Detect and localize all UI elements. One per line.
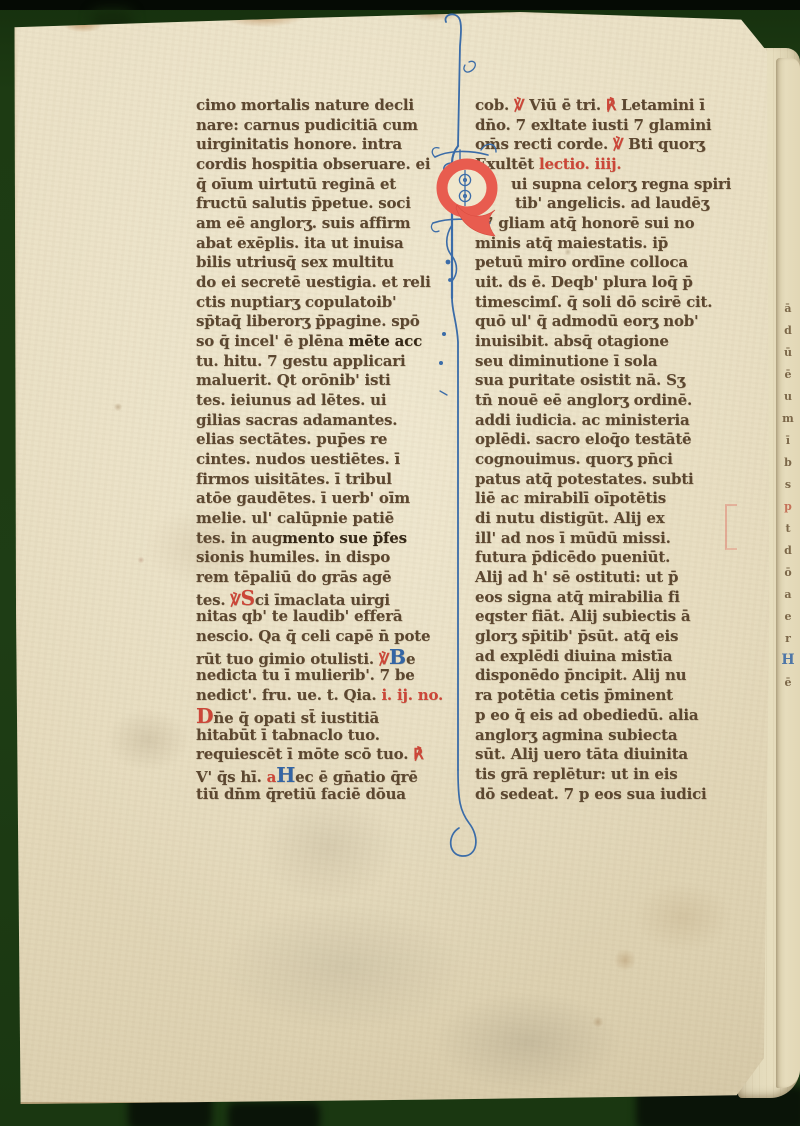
- manuscript-line: tiū dn̄m q̄retiū faciē dōua: [196, 785, 464, 805]
- manuscript-line: eos signa atq̄ mirabilia fi: [475, 588, 761, 608]
- rubric-text: S: [240, 586, 254, 610]
- manuscript-line: petuū miro ordīne colloca: [475, 253, 761, 273]
- manuscript-line: melie. ul' calūpnie patiē: [196, 509, 464, 529]
- rubric-text: ℣: [379, 650, 389, 668]
- fragment-glyph: ī: [786, 434, 790, 447]
- fragment-glyph: ā: [784, 302, 791, 315]
- body-text: tib' angelicis. ad laudēʒ: [515, 194, 709, 212]
- manuscript-line: patus atq̄ potestates. subti: [475, 470, 761, 490]
- text-column-right: cob. ℣ Viū ē tri. ℟ Letamini īdn̄o. 7 ex…: [475, 96, 761, 804]
- next-page-letter-fragment: d: [776, 540, 800, 562]
- body-text: inuisibit. absq̄ otagione: [475, 332, 669, 350]
- manuscript-line: firmos uisitātes. ī tribul: [196, 470, 464, 490]
- sliver-blank: [776, 58, 800, 298]
- body-text: mēte acc: [349, 332, 423, 350]
- manuscript-line: liē ac mirabilī oīpotētis: [475, 489, 761, 509]
- body-text: fructū salutis p̄petue. soci: [196, 194, 411, 212]
- manuscript-line: q̄ oīum uirtutū reginā et: [196, 175, 464, 195]
- body-text: cintes. nudos uestiētes. ī: [196, 450, 400, 468]
- next-page-letter-fragment: p: [776, 496, 800, 518]
- fragment-glyph: t: [785, 522, 790, 535]
- body-text: minis atq̄ maiestatis. ip̄: [475, 234, 668, 252]
- manuscript-line: bilis utriusq̄ sex multitu: [196, 253, 464, 273]
- text-column-left: cimo mortalis nature declinare: carnus p…: [196, 96, 464, 804]
- manuscript-line: futura p̄dicēdo pueniūt.: [475, 548, 761, 568]
- manuscript-line: ctis nuptiarʒ copulatoib': [196, 293, 464, 313]
- body-text: dn̄o. 7 exltate iusti 7 glamini: [475, 116, 711, 134]
- body-text: q̄ oīum uirtutū reginā et: [196, 175, 396, 193]
- body-text: seu diminutione ī sola: [475, 352, 657, 370]
- faded-marginal-mark: [725, 504, 737, 550]
- body-text: melie. ul' calūpnie patiē: [196, 509, 394, 527]
- manuscript-line: cimo mortalis nature decli: [196, 96, 464, 116]
- body-text: tis grā replētur: ut in eis: [475, 765, 677, 783]
- next-page-letter-fragment: ō: [776, 562, 800, 584]
- manuscript-line: tes. ieiunus ad lētes. ui: [196, 391, 464, 411]
- manuscript-line: gilias sacras adamantes.: [196, 411, 464, 431]
- body-text: sp̄taq̄ liberorʒ p̄pagine. spō: [196, 312, 420, 330]
- rubric-text: D: [196, 704, 213, 728]
- body-text: rem tēpaliū do grās agē: [196, 568, 391, 586]
- manuscript-line: Alij ad h' sē ostituti: ut p̄: [475, 568, 761, 588]
- manuscript-line: sionis humiles. in dispo: [196, 548, 464, 568]
- body-text: timescimſ. q̄ soli dō scirē cit.: [475, 293, 712, 311]
- body-text: hitabūt ī tabnaclo tuo.: [196, 726, 380, 744]
- manuscript-line: minis atq̄ maiestatis. ip̄: [475, 234, 761, 254]
- body-text: firmos uisitātes. ī tribul: [196, 470, 392, 488]
- next-page-letter-fragment: ē: [776, 672, 800, 694]
- fragment-glyph: m: [782, 412, 794, 425]
- body-text: Bti quorʒ: [623, 135, 705, 153]
- manuscript-line: do ei secretē uestigia. et reli: [196, 273, 464, 293]
- manuscript-photo: { "page": { "kind": "illuminated manuscr…: [0, 0, 800, 1126]
- manuscript-line: sua puritate osistit nā. Sʒ: [475, 371, 761, 391]
- next-page-letter-fragment: u: [776, 386, 800, 408]
- manuscript-line: nitas qb' te laudib' efferā: [196, 607, 464, 627]
- manuscript-line: maluerit. Qt orōnib' isti: [196, 371, 464, 391]
- next-page-letter-fragment: H: [776, 650, 800, 672]
- body-text: nitas qb' te laudib' efferā: [196, 607, 402, 625]
- manuscript-line: nedicta tu ī mulierib'. 7 be: [196, 666, 464, 686]
- body-text: maluerit. Qt orōnib' isti: [196, 371, 391, 389]
- body-text: sua puritate osistit nā. Sʒ: [475, 371, 685, 389]
- manuscript-line: dō sedeat. 7 p eos sua iudici: [475, 785, 761, 805]
- body-text: n̄e q̄ opati st̄ iustitiā: [213, 709, 379, 727]
- fragment-glyph: d: [784, 544, 792, 557]
- body-text: patus atq̄ potestates. subti: [475, 470, 694, 488]
- fragment-glyph: s: [785, 478, 791, 491]
- body-text: tiū dn̄m q̄retiū faciē dōua: [196, 785, 406, 803]
- manuscript-line: uit. ds ē. Deqb' plura loq̄ p̄: [475, 273, 761, 293]
- body-text: am eē anglorʒ. suis affirm: [196, 214, 410, 232]
- body-text: eqster fiāt. Alij subiectis ā: [475, 607, 690, 625]
- binding-shadow: [228, 1102, 320, 1126]
- fragment-glyph: b: [784, 456, 792, 469]
- manuscript-line: anglorʒ agmina subiecta: [475, 726, 761, 746]
- manuscript-line: seu diminutione ī sola: [475, 352, 761, 372]
- next-page-letter-fragment: a: [776, 584, 800, 606]
- manuscript-line: nescio. Qa q̄ celi capē n̄ pote: [196, 627, 464, 647]
- body-text: requiescēt ī mōte scō tuo.: [196, 745, 413, 763]
- fragment-glyph: r: [785, 632, 791, 645]
- fragment-glyph: ō: [784, 566, 791, 579]
- body-text: ec ē gn̄atio q̄rē: [295, 768, 418, 786]
- manuscript-line: tn̄ nouē eē anglorʒ ordinē.: [475, 391, 761, 411]
- photo-top-black-edge: [0, 0, 800, 10]
- body-text: ra potētia cetis p̄minent: [475, 686, 673, 704]
- body-text: Alij ad h' sē ostituti: ut p̄: [475, 568, 678, 586]
- manuscript-line: rūt tuo gimio otulisti. ℣Be: [196, 647, 464, 667]
- manuscript-line: ad explēdi diuina mistīa: [475, 647, 761, 667]
- next-page-letter-fragment: e: [776, 606, 800, 628]
- manuscript-line: ui supna celorʒ regna spiri: [511, 175, 761, 195]
- body-text: eos signa atq̄ mirabilia fi: [475, 588, 680, 606]
- manuscript-line: quō ul' q̄ admodū eorʒ nob': [475, 312, 761, 332]
- fragment-glyph: ē: [785, 676, 792, 689]
- body-text: cognouimus. quorʒ pn̄ci: [475, 450, 673, 468]
- manuscript-line: di nutu distigūt. Alij ex: [475, 509, 761, 529]
- body-text: tu. hitu. 7 gestu applicari: [196, 352, 406, 370]
- next-page-letter-fragment: ā: [776, 298, 800, 320]
- body-text: Exultēt: [475, 155, 539, 173]
- rubric-text: ℟: [606, 96, 616, 114]
- fragment-glyph: d: [784, 324, 792, 337]
- body-text: so q̄ incel' ē plēna: [196, 332, 349, 350]
- body-text: uit. ds ē. Deqb' plura loq̄ p̄: [475, 273, 693, 291]
- next-page-letter-fragment: t: [776, 518, 800, 540]
- body-text: abat exēplis. ita ut inuisa: [196, 234, 403, 252]
- manuscript-line: ra potētia cetis p̄minent: [475, 686, 761, 706]
- manuscript-line: tib' angelicis. ad laudēʒ: [515, 194, 761, 214]
- body-text: anglorʒ agmina subiecta: [475, 726, 677, 744]
- body-text: tes.: [196, 591, 230, 609]
- body-text: bilis utriusq̄ sex multitu: [196, 253, 394, 271]
- body-text: sūt. Alij uero tāta diuinita: [475, 745, 688, 763]
- body-text: oplēdi. sacro eloq̄o testātē: [475, 430, 691, 448]
- manuscript-line: om̄s recti corde. ℣ Bti quorʒ: [475, 135, 761, 155]
- manuscript-line: 7 gliam atq̄ honorē sui no: [483, 214, 761, 234]
- body-text: ad explēdi diuina mistīa: [475, 647, 672, 665]
- body-text: tes. ieiunus ad lētes. ui: [196, 391, 386, 409]
- manuscript-line: tes. ℣Sci īmaclata uirgi: [196, 588, 464, 608]
- body-text: e: [406, 650, 415, 668]
- blue-initial-text: B: [389, 645, 406, 669]
- body-text: cob.: [475, 96, 514, 114]
- manuscript-line: cintes. nudos uestiētes. ī: [196, 450, 464, 470]
- manuscript-line: elias sectātes. pup̄es re: [196, 430, 464, 450]
- rubric-text: i. ij. no.: [381, 686, 443, 704]
- body-text: cimo mortalis nature decli: [196, 96, 414, 114]
- next-page-letter-fragment: d: [776, 320, 800, 342]
- body-text: dō sedeat. 7 p eos sua iudici: [475, 785, 707, 803]
- manuscript-line: atōe gaudētes. ī uerb' oīm: [196, 489, 464, 509]
- body-text: petuū miro ordīne colloca: [475, 253, 688, 271]
- next-page-letter-fragment: b: [776, 452, 800, 474]
- body-text: addi iudicia. ac ministeria: [475, 411, 690, 429]
- body-text: ill' ad nos ī mūdū missi.: [475, 529, 671, 547]
- manuscript-line: sp̄taq̄ liberorʒ p̄pagine. spō: [196, 312, 464, 332]
- manuscript-line: inuisibit. absq̄ otagione: [475, 332, 761, 352]
- manuscript-line: cob. ℣ Viū ē tri. ℟ Letamini ī: [475, 96, 761, 116]
- rubric-text: ℟: [413, 745, 423, 763]
- fragment-glyph: a: [784, 588, 791, 601]
- next-page-sliver: ādūēumībsptdōaerHē: [776, 58, 800, 1088]
- body-text: p eo q̄ eis ad obediedū. alia: [475, 706, 698, 724]
- manuscript-line: dn̄o. 7 exltate iusti 7 glamini: [475, 116, 761, 136]
- manuscript-line: ill' ad nos ī mūdū missi.: [475, 529, 761, 549]
- rubric-text: ℣: [230, 591, 240, 609]
- body-text: mento sue p̄fes: [282, 529, 407, 547]
- manuscript-line: disponēdo p̄ncipit. Alij nu: [475, 666, 761, 686]
- manuscript-line: V' q̄s hī. aHec ē gn̄atio q̄rē: [196, 765, 464, 785]
- fragment-glyph: u: [784, 390, 792, 403]
- body-text: atōe gaudētes. ī uerb' oīm: [196, 489, 410, 507]
- manuscript-line: fructū salutis p̄petue. soci: [196, 194, 464, 214]
- next-page-letter-fragment: m: [776, 408, 800, 430]
- body-text: sionis humiles. in dispo: [196, 548, 390, 566]
- fragment-glyph: p: [784, 500, 792, 513]
- next-page-letter-fragment: s: [776, 474, 800, 496]
- manuscript-line: eqster fiāt. Alij subiectis ā: [475, 607, 761, 627]
- manuscript-line: glorʒ sp̄itib' p̄sūt. atq̄ eis: [475, 627, 761, 647]
- manuscript-line: cognouimus. quorʒ pn̄ci: [475, 450, 761, 470]
- body-text: nedicta tu ī mulierib'. 7 be: [196, 666, 415, 684]
- manuscript-line: sūt. Alij uero tāta diuinita: [475, 745, 761, 765]
- body-text: do ei secretē uestigia. et reli: [196, 273, 431, 291]
- blue-initial-text: H: [276, 763, 295, 787]
- next-page-letter-fragment: ī: [776, 430, 800, 452]
- body-text: ui supna celorʒ regna spiri: [511, 175, 731, 193]
- fragment-glyph: ū: [784, 346, 792, 359]
- manuscript-line: nare: carnus pudicitiā cum: [196, 116, 464, 136]
- body-text: rūt tuo gimio otulisti.: [196, 650, 379, 668]
- body-text: 7 gliam atq̄ honorē sui no: [483, 214, 694, 232]
- body-text: tn̄ nouē eē anglorʒ ordinē.: [475, 391, 692, 409]
- manuscript-line: tes. in augmento sue p̄fes: [196, 529, 464, 549]
- manuscript-line: am eē anglorʒ. suis affirm: [196, 214, 464, 234]
- body-text: futura p̄dicēdo pueniūt.: [475, 548, 670, 566]
- manuscript-line: hitabūt ī tabnaclo tuo.: [196, 726, 464, 746]
- body-text: nedict'. fru. ue. t. Qia.: [196, 686, 381, 704]
- body-text: disponēdo p̄ncipit. Alij nu: [475, 666, 686, 684]
- fragment-glyph: H: [781, 652, 794, 668]
- manuscript-line: cordis hospitia obseruare. ei: [196, 155, 464, 175]
- manuscript-line: p eo q̄ eis ad obediedū. alia: [475, 706, 761, 726]
- body-text: V' q̄s hī.: [196, 768, 267, 786]
- manuscript-line: nedict'. fru. ue. t. Qia. i. ij. no.: [196, 686, 464, 706]
- manuscript-line: so q̄ incel' ē plēna mēte acc: [196, 332, 464, 352]
- body-text: elias sectātes. pup̄es re: [196, 430, 387, 448]
- body-text: ctis nuptiarʒ copulatoib': [196, 293, 396, 311]
- next-page-letter-fragment: ū: [776, 342, 800, 364]
- fragment-glyph: e: [785, 610, 792, 623]
- body-text: nescio. Qa q̄ celi capē n̄ pote: [196, 627, 430, 645]
- manuscript-line: Dn̄e q̄ opati st̄ iustitiā: [196, 706, 464, 726]
- manuscript-line: abat exēplis. ita ut inuisa: [196, 234, 464, 254]
- body-text: om̄s recti corde.: [475, 135, 613, 153]
- body-text: glorʒ sp̄itib' p̄sūt. atq̄ eis: [475, 627, 678, 645]
- body-text: quō ul' q̄ admodū eorʒ nob': [475, 312, 698, 330]
- next-page-letter-fragment: r: [776, 628, 800, 650]
- manuscript-line: timescimſ. q̄ soli dō scirē cit.: [475, 293, 761, 313]
- manuscript-line: tu. hitu. 7 gestu applicari: [196, 352, 464, 372]
- body-text: Letamini ī: [616, 96, 705, 114]
- manuscript-line: Exultēt lectio. iiij.: [475, 155, 761, 175]
- manuscript-line: tis grā replētur: ut in eis: [475, 765, 761, 785]
- fragment-glyph: ē: [785, 368, 792, 381]
- body-text: liē ac mirabilī oīpotētis: [475, 489, 666, 507]
- body-text: Viū ē tri.: [524, 96, 606, 114]
- next-page-letter-fragment: ē: [776, 364, 800, 386]
- rubric-text: ℣: [613, 135, 623, 153]
- manuscript-line: addi iudicia. ac ministeria: [475, 411, 761, 431]
- body-text: nare: carnus pudicitiā cum: [196, 116, 418, 134]
- manuscript-line: oplēdi. sacro eloq̄o testātē: [475, 430, 761, 450]
- body-text: cordis hospitia obseruare. ei: [196, 155, 430, 173]
- rubric-text: a: [267, 768, 277, 786]
- body-text: uirginitatis honore. intra: [196, 135, 402, 153]
- manuscript-page: cimo mortalis nature declinare: carnus p…: [13, 12, 770, 1104]
- manuscript-line: requiescēt ī mōte scō tuo. ℟: [196, 745, 464, 765]
- rubric-text: lectio. iiij.: [539, 155, 621, 173]
- manuscript-line: uirginitatis honore. intra: [196, 135, 464, 155]
- body-text: tes. in aug: [196, 529, 282, 547]
- body-text: ci īmaclata uirgi: [255, 591, 390, 609]
- body-text: gilias sacras adamantes.: [196, 411, 397, 429]
- manuscript-line: rem tēpaliū do grās agē: [196, 568, 464, 588]
- body-text: di nutu distigūt. Alij ex: [475, 509, 664, 527]
- rubric-text: ℣: [514, 96, 524, 114]
